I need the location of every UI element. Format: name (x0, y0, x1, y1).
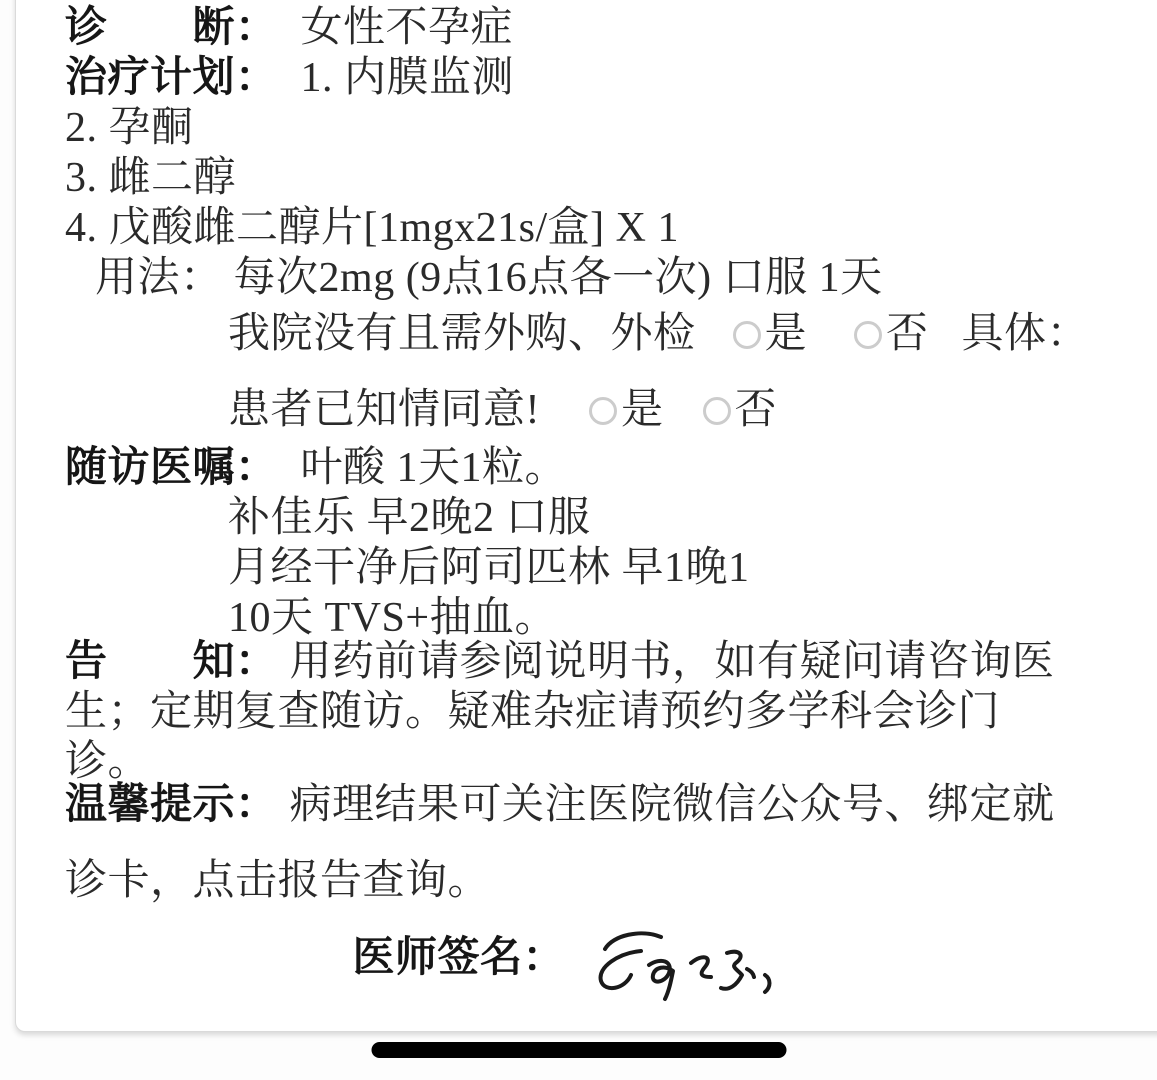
consent-yes-label: 是 (621, 387, 664, 433)
consent-text: 患者已知情同意! (228, 387, 540, 433)
diagnosis-value: 女性不孕症 (301, 5, 514, 51)
diagnosis-row: 诊断： 女性不孕症 (65, 3, 1069, 53)
notice-label: 告知 (65, 637, 235, 687)
prescription-content: 诊断： 女性不孕症 治疗计划： 1. 内膜监测 2. 孕酮 3. 雌二醇 4. … (65, 3, 1069, 1003)
usage-value: 每次2mg (9点16点各一次) 口服 1天 (234, 255, 883, 301)
diagnosis-label: 诊断 (65, 3, 235, 53)
external-detail-label: 具体： (962, 311, 1090, 357)
external-yes-label: 是 (765, 311, 808, 357)
usage-label: 用法 (95, 255, 180, 301)
usage-row: 用法： 每次2mg (9点16点各一次) 口服 1天 (65, 253, 1069, 303)
consent-yes-option[interactable]: 是 (589, 385, 664, 435)
colon: ： (235, 55, 278, 101)
followup-label-wrap: 随访医嘱： (65, 445, 278, 491)
treatment-plan-label: 治疗计划 (65, 53, 235, 103)
doctor-signature-image (579, 925, 779, 1003)
colon: ： (235, 445, 278, 491)
notice-label-wrap: 告知： (65, 639, 278, 685)
external-yes-option[interactable]: 是 (733, 309, 808, 359)
colon: ： (235, 782, 278, 828)
followup-label: 随访医嘱 (65, 443, 235, 493)
home-indicator[interactable] (371, 1042, 786, 1058)
followup-line-2: 补佳乐 早2晚2 口服 (65, 493, 1069, 543)
prescription-card: 诊断： 女性不孕症 治疗计划： 1. 内膜监测 2. 孕酮 3. 雌二醇 4. … (15, 0, 1157, 1032)
followup-line-3: 月经干净后阿司匹林 早1晚1 (65, 543, 1069, 593)
signature-row: 医师签名： (65, 933, 1069, 1003)
treatment-plan-row: 治疗计划： 1. 内膜监测 (65, 53, 1069, 103)
followup-line-4: 10天 TVS+抽血。 (65, 593, 1069, 643)
colon: ： (180, 255, 223, 301)
colon: ： (235, 5, 278, 51)
consent-no-label: 否 (735, 387, 778, 433)
radio-unselected-icon[interactable] (589, 397, 617, 425)
treatment-item-4: 4. 戊酸雌二醇片[1mgx21s/盒] X 1 (65, 203, 1069, 253)
radio-unselected-icon[interactable] (703, 397, 731, 425)
tips-label-wrap: 温馨提示： (65, 782, 278, 828)
external-no-label: 否 (886, 311, 929, 357)
colon: ： (522, 935, 565, 981)
notice-paragraph: 告知：用药前请参阅说明书，如有疑问请咨询医生；定期复查随访。疑难杂症请预约多学科… (65, 637, 1069, 787)
treatment-item-3: 3. 雌二醇 (65, 153, 1069, 203)
external-purchase-row: 我院没有且需外购、外检 是 否 具体： (65, 309, 1069, 359)
followup-line-1: 叶酸 1天1粒。 (301, 445, 568, 491)
tips-paragraph: 温馨提示：病理结果可关注医院微信公众号、绑定就诊卡，点击报告查询。 (65, 767, 1069, 919)
consent-no-option[interactable]: 否 (703, 385, 778, 435)
treatment-item-1: 1. 内膜监测 (301, 55, 515, 101)
signature-label-wrap: 医师签名： (352, 933, 565, 983)
external-no-option[interactable]: 否 (854, 309, 929, 359)
screen: 诊断： 女性不孕症 治疗计划： 1. 内膜监测 2. 孕酮 3. 雌二醇 4. … (0, 0, 1157, 1080)
followup-row: 随访医嘱： 叶酸 1天1粒。 (65, 443, 1069, 493)
treatment-item-2: 2. 孕酮 (65, 103, 1069, 153)
radio-unselected-icon[interactable] (733, 321, 761, 349)
colon: ： (235, 639, 278, 685)
signature-label: 医师签名 (352, 933, 522, 983)
consent-row: 患者已知情同意! 是 否 (65, 385, 1069, 435)
tips-label: 温馨提示 (65, 767, 235, 843)
external-purchase-text: 我院没有且需外购、外检 (228, 311, 696, 357)
treatment-plan-label-wrap: 治疗计划： (65, 55, 278, 101)
diagnosis-label-wrap: 诊断： (65, 5, 278, 51)
radio-unselected-icon[interactable] (854, 321, 882, 349)
